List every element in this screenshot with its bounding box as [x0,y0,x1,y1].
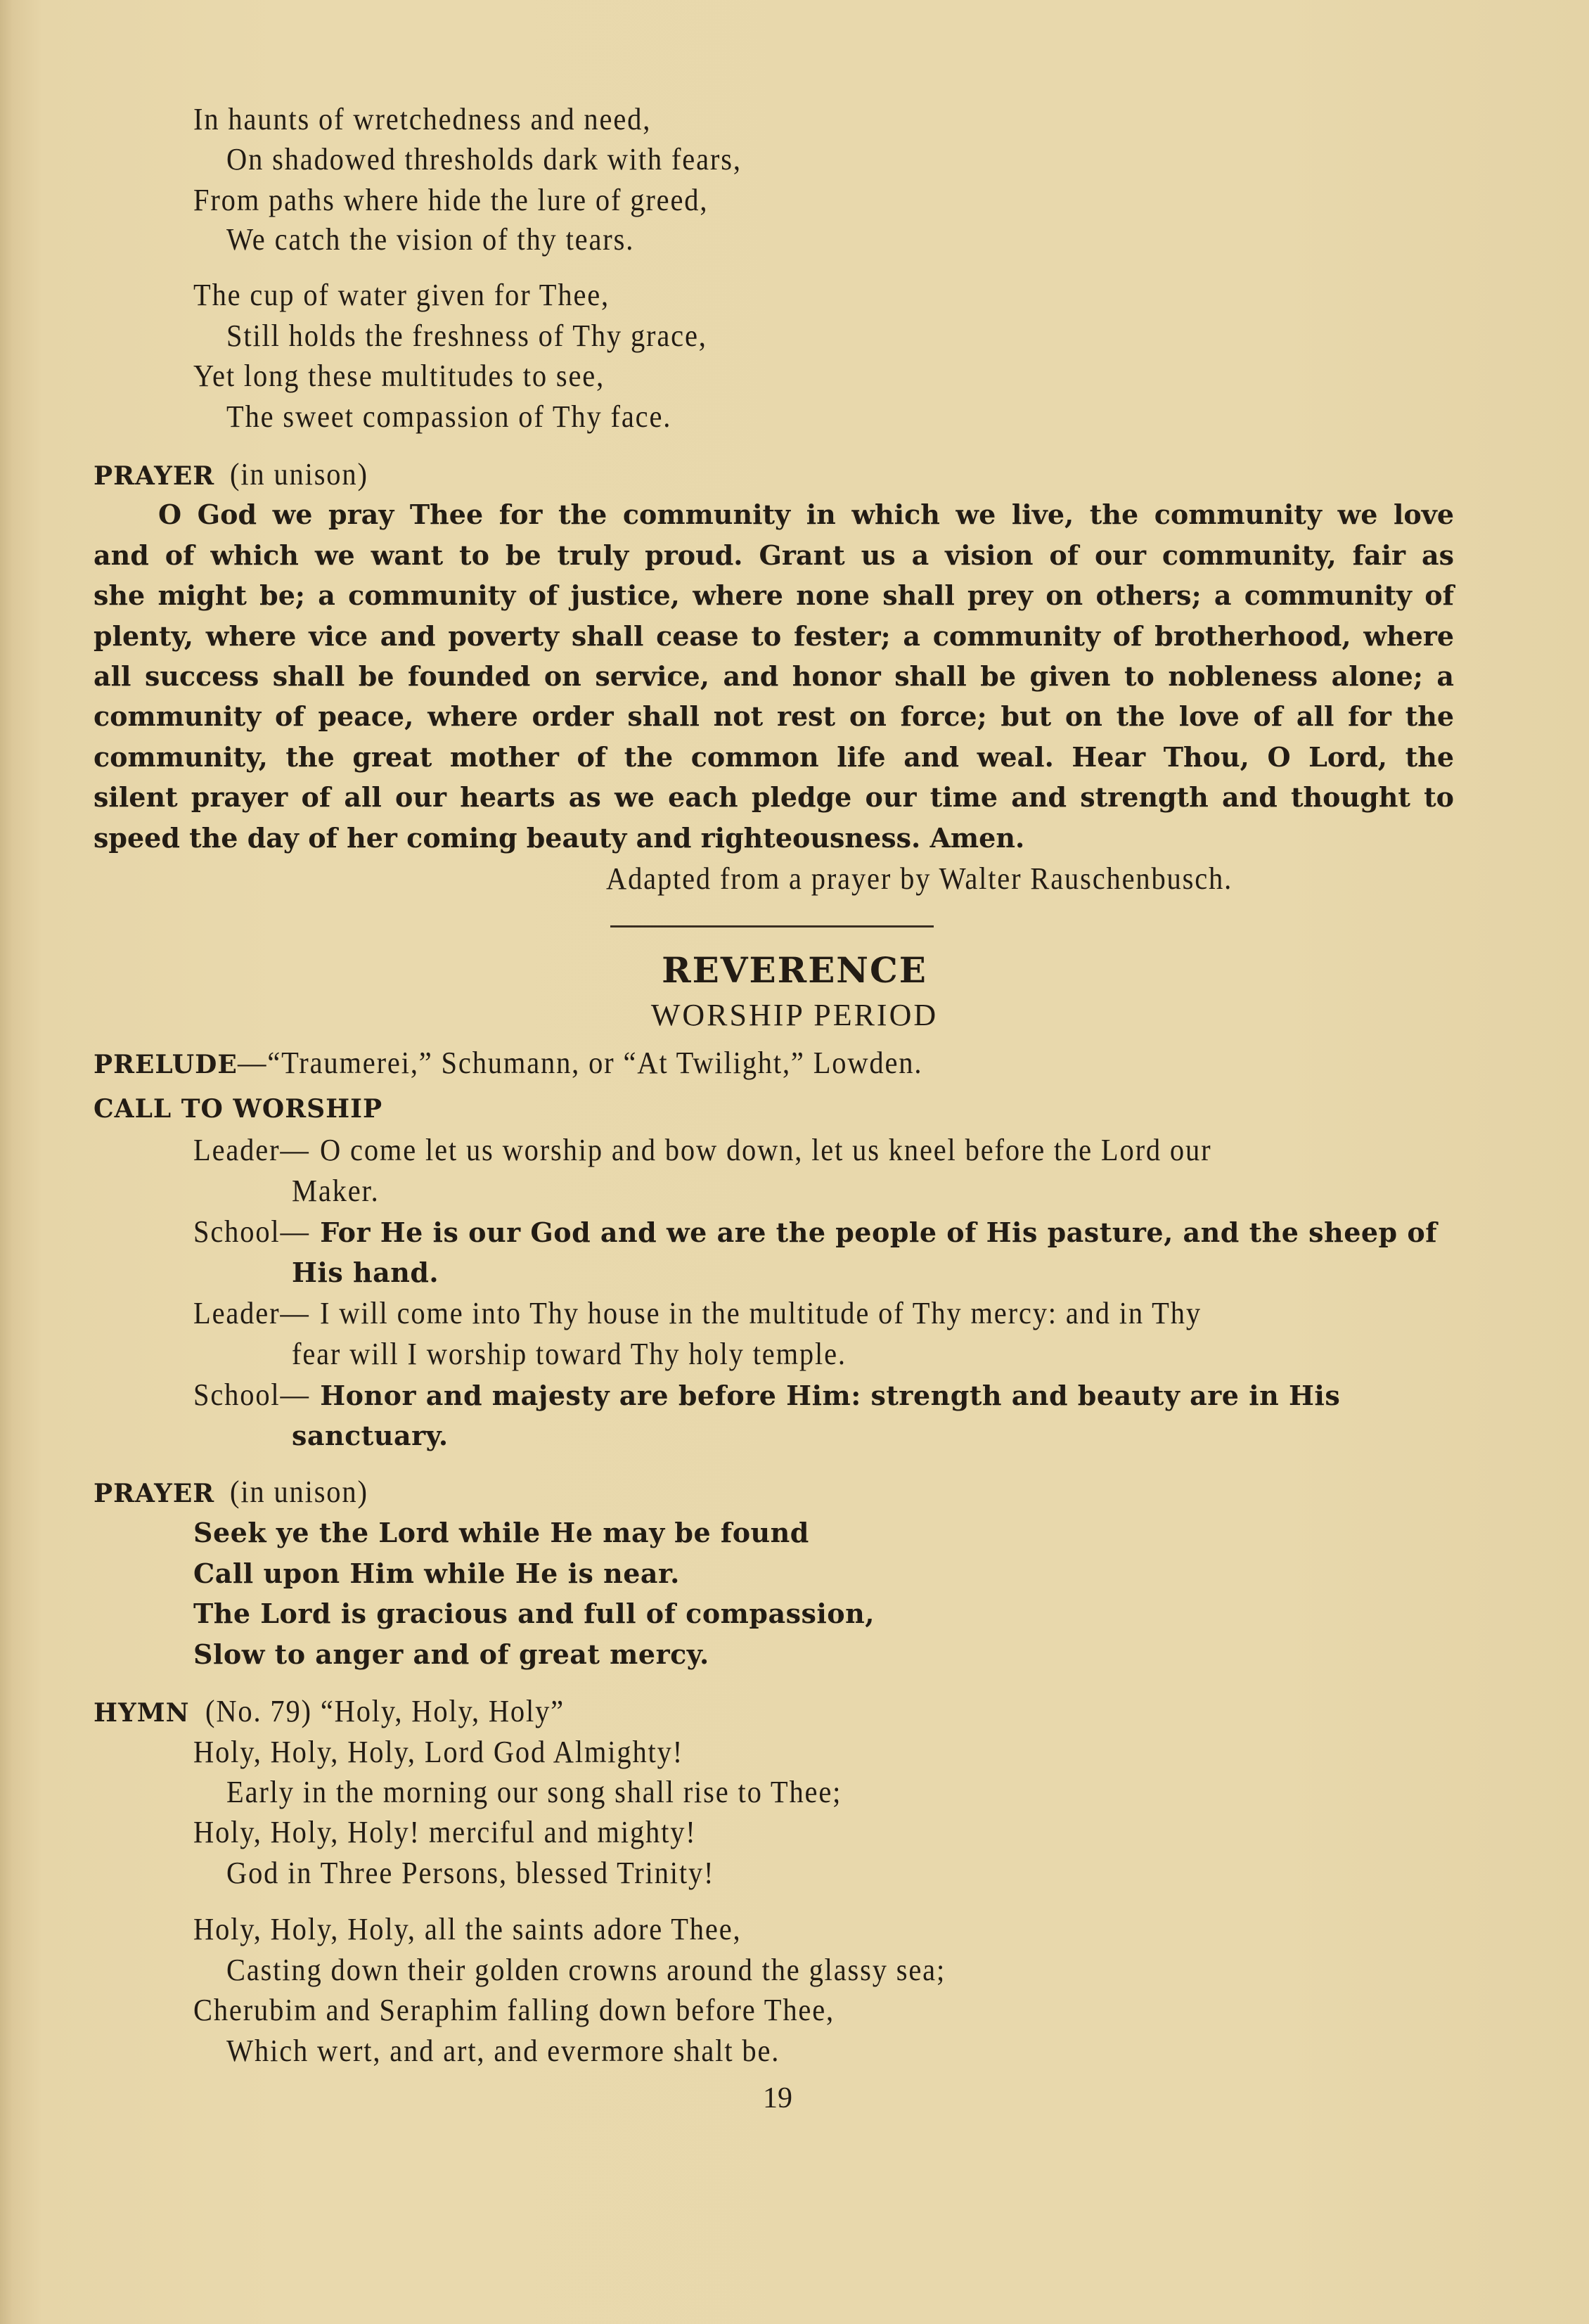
poem-line: On shadowed thresholds dark with fears, [226,143,742,176]
prayer-paragraph-line: and of which we want to be truly proud. … [94,539,1454,572]
poem-line: From paths where hide the lure of greed, [193,184,708,217]
prayer-paragraph-line: community, the great mother of the commo… [94,740,1454,774]
prayer-line: Seek ye the Lord while He may be found [193,1516,809,1550]
response-school: School—For He is our God and we are the … [193,1215,1437,1250]
section-divider [610,925,934,927]
response-continuation: Maker. [292,1174,380,1208]
hymn-line: Early in the morning our song shall rise… [226,1776,842,1809]
response-continuation: fear will I worship toward Thy holy temp… [292,1337,847,1371]
prayer-heading: PRAYER (in unison) [94,458,380,493]
prayer-heading: PRAYER (in unison) [94,1475,380,1510]
prayer-paragraph-line: O God we pray Thee for the community in … [158,498,1454,532]
prayer-paragraph-line: all success shall be founded on service,… [94,660,1454,693]
poem-line: The sweet compassion of Thy face. [226,400,671,434]
response-continuation: His hand. [292,1256,439,1290]
prelude: PRELUDE—“Traumerei,” Schumann, or “At Tw… [94,1046,982,1081]
poem-line: The cup of water given for Thee, [193,278,610,312]
prayer-paragraph-line: she might be; a community of justice, wh… [94,579,1454,612]
prayer-line: Slow to anger and of great mercy. [193,1638,709,1671]
prayer-paragraph-line: community of peace, where order shall no… [94,700,1454,733]
hymn-line: Casting down their golden crowns around … [226,1953,946,1987]
poem-line: In haunts of wretchedness and need, [193,103,651,136]
hymn-line: Which wert, and art, and evermore shalt … [226,2034,780,2068]
response-school: School—Honor and majesty are before Him:… [193,1378,1340,1413]
prayer-line: Call upon Him while He is near. [193,1557,680,1591]
response-leader: Leader—O come let us worship and bow dow… [193,1134,1289,1167]
hymn-line: Holy, Holy, Holy! merciful and mighty! [193,1816,697,1849]
hymn-line: Cherubim and Seraphim falling down befor… [193,1994,835,2027]
hymn-line: God in Three Persons, blessed Trinity! [226,1856,714,1890]
prayer-paragraph-line: plenty, where vice and poverty shall cea… [94,619,1454,653]
section-subtitle: WORSHIP PERIOD [0,997,1589,1033]
response-leader: Leader—I will come into Thy house in the… [193,1297,1278,1330]
poem-line: We catch the vision of thy tears. [226,223,634,257]
hymn-line: Holy, Holy, Holy, all the saints adore T… [193,1913,741,1946]
prayer-paragraph-line: silent prayer of all our hearts as we ea… [94,781,1454,814]
poem-line: Still holds the freshness of Thy grace, [226,319,707,353]
hymn-line: Holy, Holy, Holy, Lord God Almighty! [193,1735,683,1769]
attribution: Adapted from a prayer by Walter Rauschen… [606,862,1233,896]
call-to-worship-heading: CALL TO WORSHIP [94,1092,382,1126]
hymn-heading: HYMN (No. 79) “Holy, Holy, Holy” [94,1695,596,1730]
section-title: REVERENCE [0,949,1589,991]
page-number: 19 [0,2081,1572,2115]
prayer-line: The Lord is gracious and full of compass… [193,1597,875,1631]
document-page: In haunts of wretchedness and need, On s… [0,0,1589,2324]
poem-line: Yet long these multitudes to see, [193,359,605,393]
response-continuation: sanctuary. [292,1419,449,1453]
prayer-paragraph-line: speed the day of her coming beauty and r… [94,821,1454,855]
